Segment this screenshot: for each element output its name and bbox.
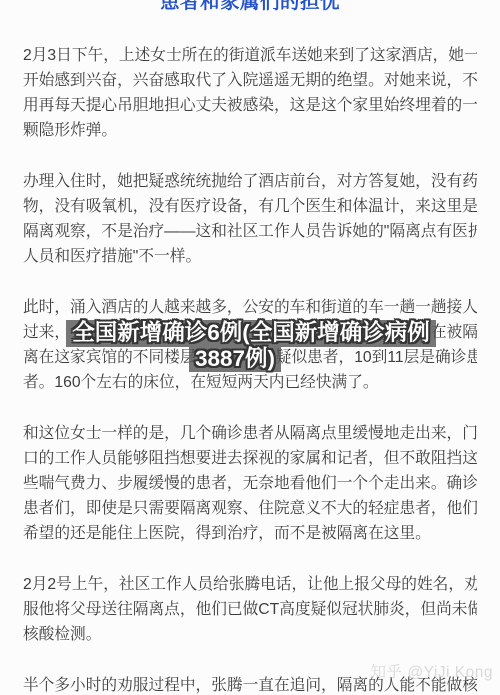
text-line: 开始感到兴奋，兴奋感取代了入院遥遥无期的绝望。对她来说，不: [23, 68, 477, 93]
text-line: 患者们，即使是只需要隔离观察、住院意义不大的轻症患者，他们: [23, 496, 477, 521]
text-line: 些喘气费力、步履缓慢的患者，无奈地看他们一个个走出来。确诊: [23, 471, 477, 496]
text-line: 用再每天提心吊胆地担心丈夫被感染，这是这个家里始终埋着的一: [23, 93, 477, 118]
text-line: 和这位女士一样的是，几个确诊患者从隔离点里缓慢地走出来，门: [23, 421, 477, 446]
section-heading-text: 患者和家属们的担忧: [0, 0, 500, 13]
headline-overlay-line1: 全国新增确诊6例(全国新增确诊病例: [66, 320, 436, 347]
article-page: 患者和家属们的担忧 2月3日下午，上述女士所在的街道派车送她来到了这家酒店，她一…: [0, 0, 500, 695]
headline-overlay-line2: 3887例): [189, 347, 281, 372]
text-line: 2月3日下午，上述女士所在的街道派车送她来到了这家酒店，她一: [23, 43, 477, 68]
text-line: 物，没有吸氧机，没有医疗设备，有几个医生和体温计，来这里是: [23, 194, 477, 219]
section-heading: 患者和家属们的担忧: [0, 0, 500, 13]
text-line: 希望的还是能住上医院，得到治疗，而不是被隔离在这里。: [23, 521, 477, 546]
text-line: 服他将父母送往隔离点，他们已做CT高度疑似冠状肺炎，但尚未做: [23, 597, 477, 622]
text-line: 办理入住时，她把疑惑统统抛给了酒店前台，对方答复她，没有药: [23, 169, 477, 194]
text-line: 者。160个左右的床位，在短短两天内已经快满了。: [23, 370, 477, 395]
article-paragraph: 办理入住时，她把疑惑统统抛给了酒店前台，对方答复她，没有药物，没有吸氧机，没有医…: [23, 169, 477, 269]
text-line: 颗隐形炸弹。: [23, 118, 477, 143]
zhihu-watermark: 知乎 @YiJi Kong: [371, 660, 493, 682]
text-line: 核酸检测。: [23, 622, 477, 647]
text-line: 口的工作人员能够阻挡想要进去探视的家属和记者，但不敢阻挡这: [23, 446, 477, 471]
article-paragraph: 和这位女士一样的是，几个确诊患者从隔离点里缓慢地走出来，门口的工作人员能够阻挡想…: [23, 421, 477, 546]
article-paragraph: 2月3日下午，上述女士所在的街道派车送她来到了这家酒店，她一开始感到兴奋，兴奋感…: [23, 43, 477, 143]
headline-overlay: 全国新增确诊6例(全国新增确诊病例 3887例): [66, 320, 436, 372]
text-line: 人员和医疗措施"不一样。: [23, 244, 477, 269]
text-line: 隔离观察，不是治疗——这和社区工作人员告诉她的"隔离点有医护: [23, 219, 477, 244]
text-line: 此时，涌入酒店的人越来越多，公安的车和街道的车一趟一趟接人: [23, 295, 477, 320]
article-paragraph: 2月2号上午，社区工作人员给张腾电话，让他上报父母的姓名，劝服他将父母送往隔离点…: [23, 572, 477, 647]
text-line: 2月2号上午，社区工作人员给张腾电话，让他上报父母的姓名，劝: [23, 572, 477, 597]
